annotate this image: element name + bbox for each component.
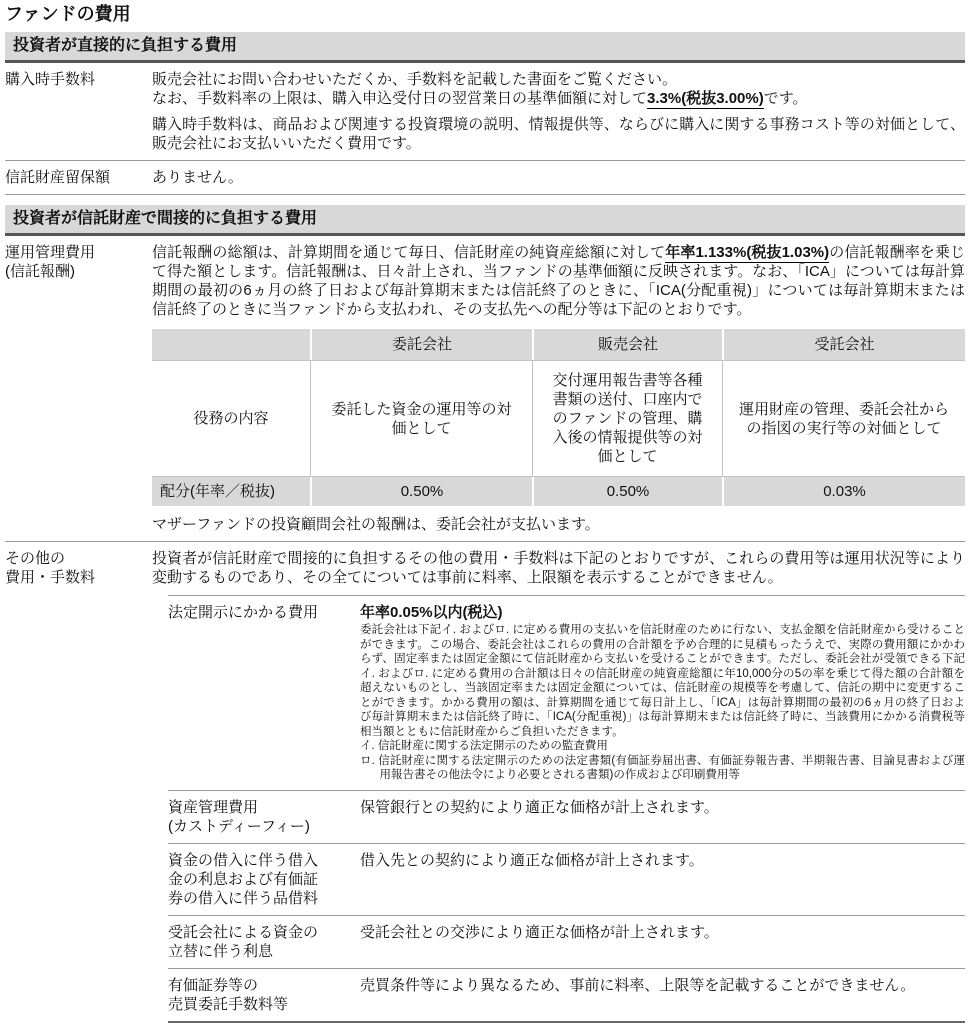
table-header-trustor: 委託会社 [310, 329, 532, 360]
management-fee-content: 信託報酬の総額は、計算期間を通じて毎日、信託財産の純資産総額に対して年率1.13… [152, 243, 965, 534]
table-allocation-distributor: 0.50% [532, 477, 722, 506]
purchase-fee-line2-text: なお、手数料率の上限は、購入申込受付日の翌営業日の基準価額に対して [152, 90, 647, 107]
table-allocation-label: 配分(年率／税抜) [152, 477, 310, 506]
table-header-distributor: 販売会社 [532, 329, 722, 360]
subrow-brokerage-commission: 有価証券等の 売買委託手数料等 売買条件等により異なるため、事前に料率、上限等を… [168, 968, 965, 1023]
row-management-fee: 運用管理費用 (信託報酬) 信託報酬の総額は、計算期間を通じて毎日、信託財産の純… [5, 236, 965, 542]
other-fees-label: その他の 費用・手数料 [5, 549, 152, 1023]
borrowing-interest-value: 借入先との契約により適正な価格が計上されます。 [360, 851, 965, 908]
subrow-custody-fee: 資産管理費用 (カストディーフィー) 保管銀行との契約により適正な価格が計上され… [168, 790, 965, 843]
legal-disclosure-content: 年率0.05%以内(税込) 委託会社は下記イ. およびロ. に定める費用の支払い… [360, 603, 965, 783]
management-fee-text: 信託報酬の総額は、計算期間を通じて毎日、信託財産の純資産総額に対して [152, 244, 665, 261]
purchase-fee-max-rate: 3.3%(税抜3.00%) [647, 90, 764, 109]
fund-fees-document: ファンドの費用 投資者が直接的に負担する費用 購入時手数料 販売会社にお問い合わ… [0, 0, 971, 1024]
other-fees-intro: 投資者が信託財産で間接的に負担するその他の費用・手数料は下記のとおりですが、これ… [152, 549, 965, 587]
borrowing-interest-label-line2: 金の利息および有価証 [168, 870, 354, 889]
brokerage-commission-value: 売買条件等により異なるため、事前に料率、上限等を記載することができません。 [360, 976, 965, 1014]
page-title: ファンドの費用 [5, 3, 965, 25]
management-fee-paragraph: 信託報酬の総額は、計算期間を通じて毎日、信託財産の純資産総額に対して年率1.13… [152, 243, 965, 319]
subrow-legal-disclosure: 法定開示にかかる費用 年率0.05%以内(税込) 委託会社は下記イ. およびロ.… [168, 595, 965, 790]
legal-disclosure-label: 法定開示にかかる費用 [168, 603, 360, 783]
brokerage-commission-label: 有価証券等の 売買委託手数料等 [168, 976, 360, 1014]
fee-allocation-table: 委託会社 販売会社 受託会社 役務の内容 委託した資金の運用等の対価として 交付… [152, 329, 965, 506]
table-allocation-trustor: 0.50% [310, 477, 532, 506]
table-allocation-trustee: 0.03% [722, 477, 965, 506]
table-service-trustor: 委託した資金の運用等の対価として [310, 360, 532, 477]
trustee-advance-label-line1: 受託会社による資金の [168, 923, 354, 942]
other-fees-content: 投資者が信託財産で間接的に負担するその他の費用・手数料は下記のとおりですが、これ… [152, 549, 965, 1023]
purchase-fee-description: 購入時手数料は、商品および関連する投資環境の説明、情報提供等、ならびに購入に関す… [152, 115, 965, 153]
retention-amount-value: ありません。 [152, 168, 965, 187]
table-service-distributor: 交付運用報告書等各種書類の送付、口座内でのファンドの管理、購入後の情報提供等の対… [532, 360, 722, 477]
legal-disclosure-item-ro: ロ. 信託財産に関する法定開示のための法定書類(有価証券届出書、有価証券報告書、… [360, 754, 965, 783]
purchase-fee-content: 販売会社にお問い合わせいただくか、手数料を記載した書面をご覧ください。 なお、手… [152, 70, 965, 153]
subrow-borrowing-interest: 資金の借入に伴う借入 金の利息および有価証 券の借入に伴う品借料 借入先との契約… [168, 843, 965, 915]
purchase-fee-label: 購入時手数料 [5, 70, 152, 153]
legal-disclosure-rate: 年率0.05%以内(税込) [360, 603, 965, 622]
table-service-label: 役務の内容 [152, 360, 310, 477]
other-fees-label-line1: その他の [5, 549, 146, 568]
custody-fee-label-line2: (カストディーフィー) [168, 817, 354, 836]
section-header-direct-costs: 投資者が直接的に負担する費用 [5, 32, 965, 63]
management-fee-label: 運用管理費用 (信託報酬) [5, 243, 152, 534]
brokerage-commission-label-line2: 売買委託手数料等 [168, 995, 354, 1014]
row-other-fees: その他の 費用・手数料 投資者が信託財産で間接的に負担するその他の費用・手数料は… [5, 542, 965, 1023]
custody-fee-label: 資産管理費用 (カストディーフィー) [168, 798, 360, 836]
row-purchase-fee: 購入時手数料 販売会社にお問い合わせいただくか、手数料を記載した書面をご覧くださ… [5, 63, 965, 161]
table-service-trustee: 運用財産の管理、委託会社からの指図の実行等の対価として [722, 360, 965, 477]
custody-fee-value: 保管銀行との契約により適正な価格が計上されます。 [360, 798, 965, 836]
trustee-advance-label-line2: 立替に伴う利息 [168, 942, 354, 961]
table-header-trustee: 受託会社 [722, 329, 965, 360]
other-fees-subtable: 法定開示にかかる費用 年率0.05%以内(税込) 委託会社は下記イ. およびロ.… [168, 595, 965, 1023]
trustee-advance-value: 受託会社との交渉により適正な価格が計上されます。 [360, 923, 965, 961]
management-fee-rate: 年率1.133%(税抜1.03%) [665, 244, 829, 263]
other-fees-label-line2: 費用・手数料 [5, 568, 146, 587]
borrowing-interest-label-line3: 券の借入に伴う品借料 [168, 889, 354, 908]
legal-disclosure-fine-print: 委託会社は下記イ. およびロ. に定める費用の支払いを信託財産のために行ない、支… [360, 623, 965, 739]
subrow-trustee-advance-interest: 受託会社による資金の 立替に伴う利息 受託会社との交渉により適正な価格が計上され… [168, 915, 965, 968]
borrowing-interest-label-line1: 資金の借入に伴う借入 [168, 851, 354, 870]
purchase-fee-line1: 販売会社にお問い合わせいただくか、手数料を記載した書面をご覧ください。 [152, 70, 965, 89]
purchase-fee-line2-suffix: です。 [764, 90, 808, 107]
management-fee-label-line1: 運用管理費用 [5, 243, 146, 262]
management-fee-label-line2: (信託報酬) [5, 262, 146, 281]
table-header-empty [152, 329, 310, 360]
brokerage-commission-label-line1: 有価証券等の [168, 976, 354, 995]
purchase-fee-line2: なお、手数料率の上限は、購入申込受付日の翌営業日の基準価額に対して3.3%(税抜… [152, 89, 965, 108]
custody-fee-label-line1: 資産管理費用 [168, 798, 354, 817]
borrowing-interest-label: 資金の借入に伴う借入 金の利息および有価証 券の借入に伴う品借料 [168, 851, 360, 908]
legal-disclosure-item-i: イ. 信託財産に関する法定開示のための監査費用 [360, 739, 965, 754]
trustee-advance-label: 受託会社による資金の 立替に伴う利息 [168, 923, 360, 961]
retention-amount-label: 信託財産留保額 [5, 168, 152, 187]
mother-fund-note: マザーファンドの投資顧問会社の報酬は、委託会社が支払います。 [152, 515, 965, 534]
section-header-indirect-costs: 投資者が信託財産で間接的に負担する費用 [5, 205, 965, 236]
row-retention-amount: 信託財産留保額 ありません。 [5, 161, 965, 195]
